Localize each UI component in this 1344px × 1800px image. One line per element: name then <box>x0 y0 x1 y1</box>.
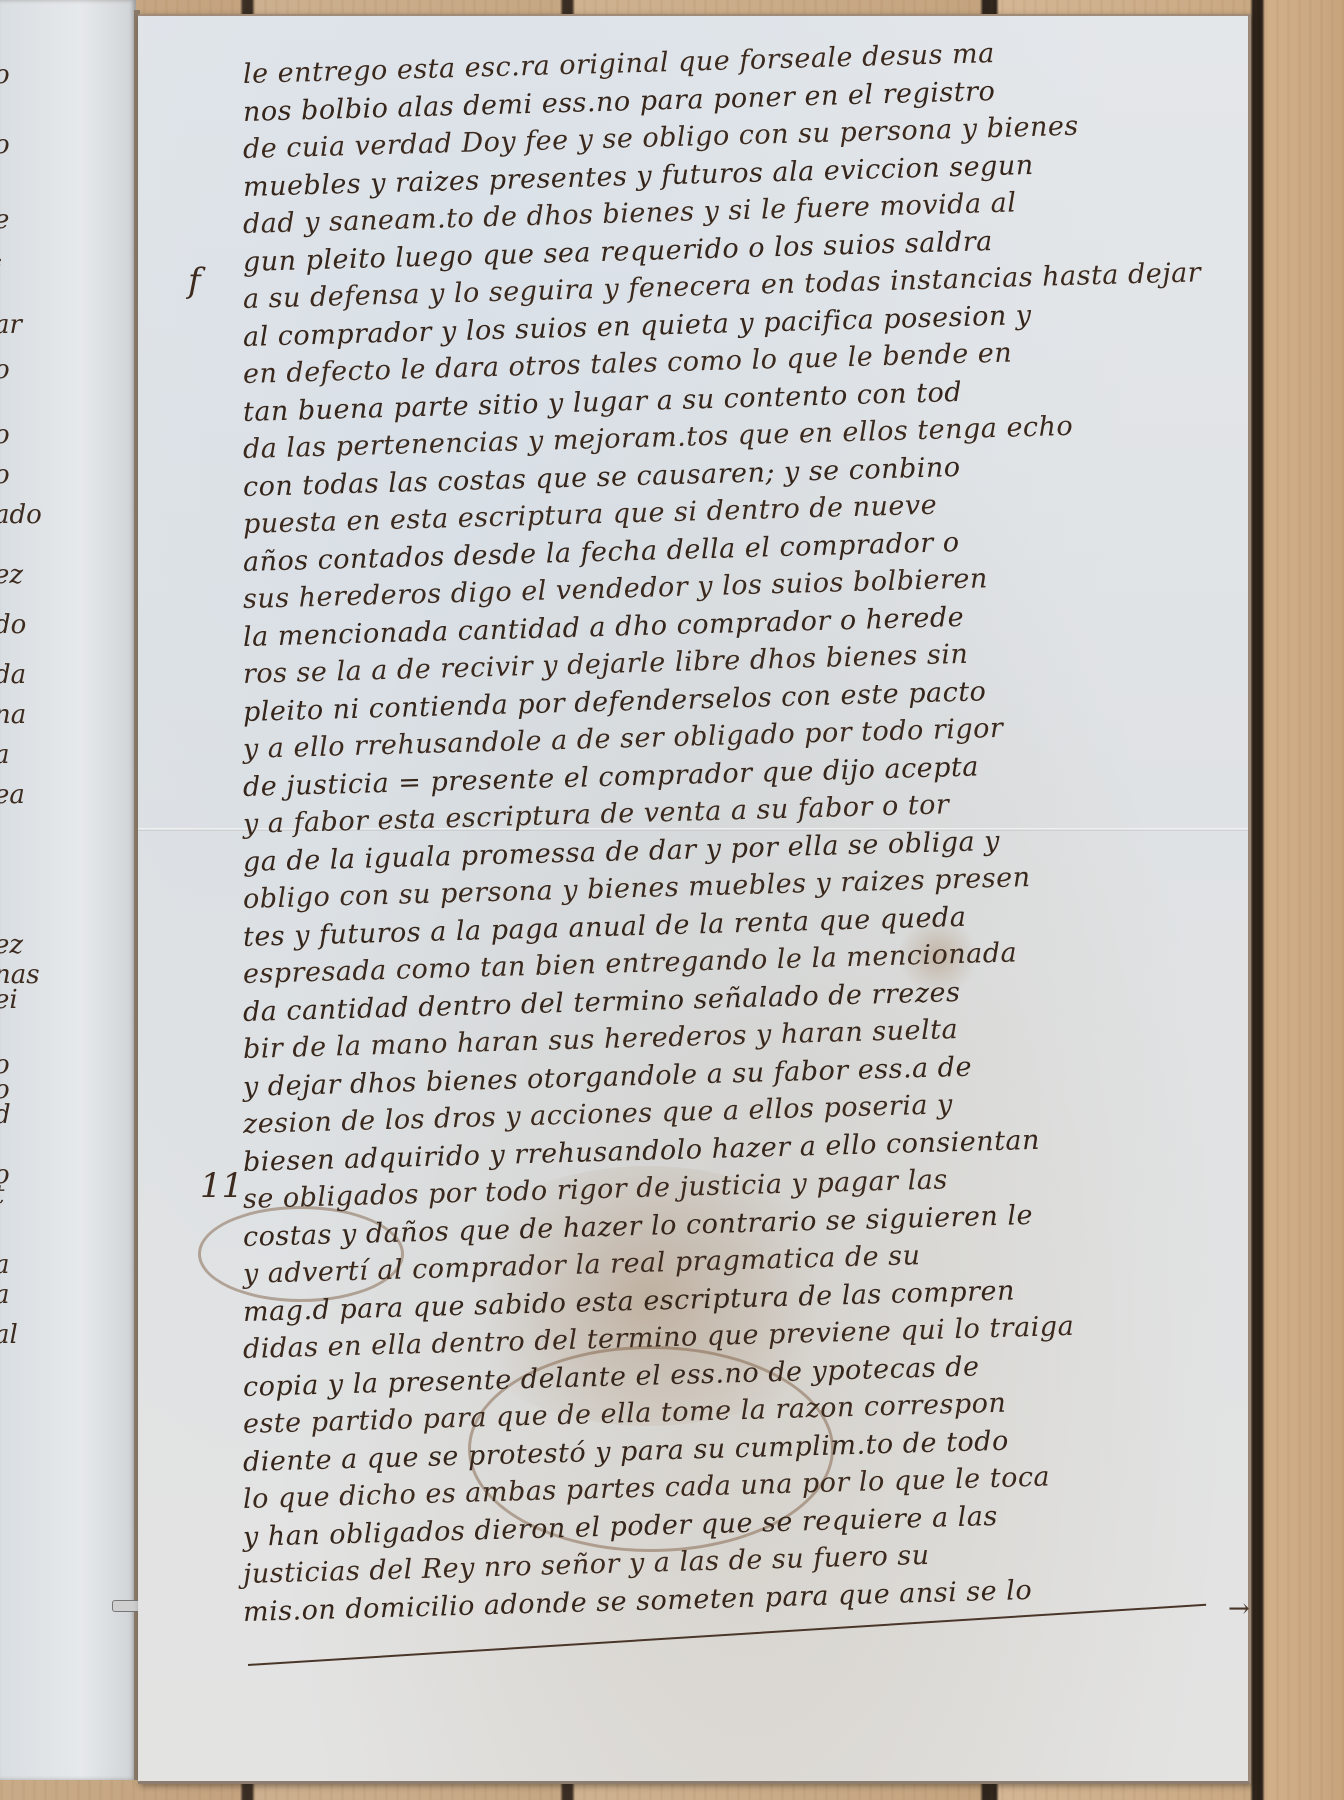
margin-mark: f <box>188 261 201 301</box>
margin-mark: 11 <box>200 1166 243 1206</box>
manuscript-folio: f 11 le entrego esta esc.ra original que… <box>138 14 1251 1784</box>
photo-scene: o o e i ar o o o ado ez do da na a ea ez… <box>0 0 1344 1800</box>
previous-page: o o e i ar o o o ado ez do da na a ea ez… <box>0 0 136 1780</box>
closing-flourish: → <box>1228 1594 1250 1624</box>
previous-page-text-fragments: o o e i ar o o o ado ez do da na a ea ez… <box>0 0 136 1780</box>
manuscript-text: le entrego esta esc.ra original que fors… <box>243 56 1223 1631</box>
binding-pin <box>112 1600 140 1612</box>
